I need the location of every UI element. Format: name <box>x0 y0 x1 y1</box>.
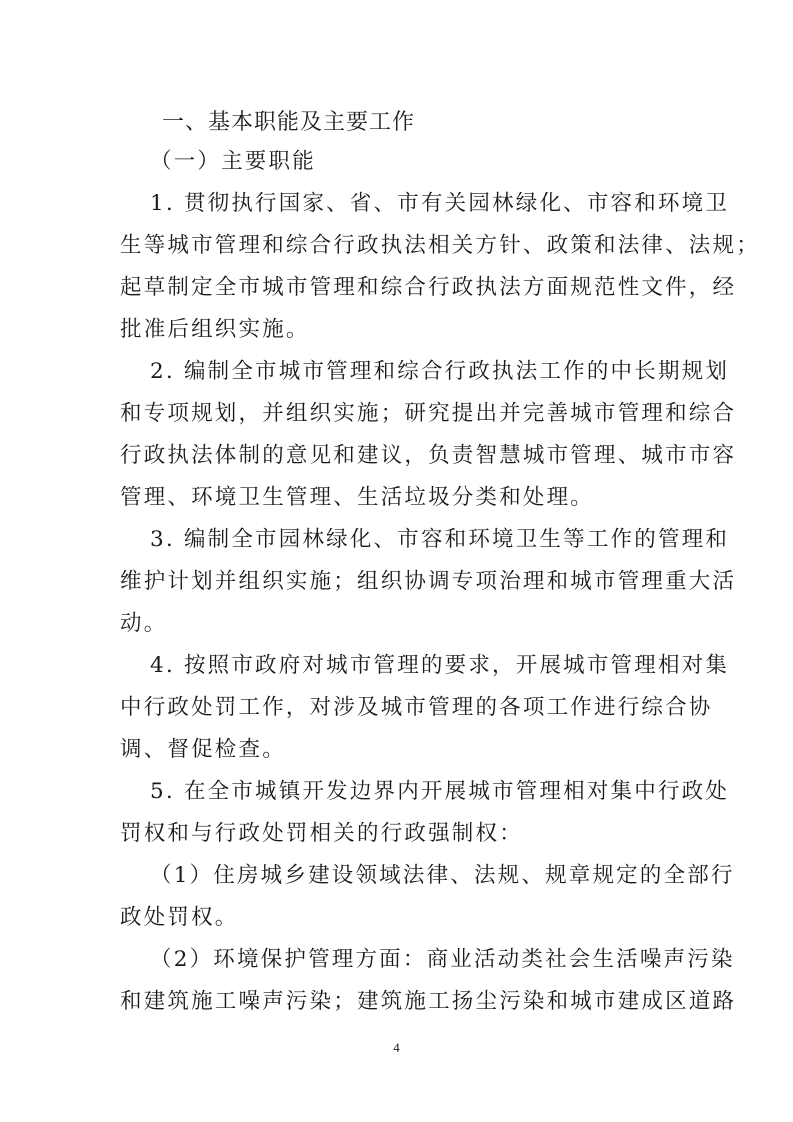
paragraph-line: 4. 按照市政府对城市管理的要求，开展城市管理相对集 <box>150 651 729 681</box>
paragraph-line: （2）环境保护管理方面：商业活动类社会生活噪声污染 <box>150 945 735 975</box>
paragraph-line: 起草制定全市城市管理和综合行政执法方面规范性文件，经 <box>120 273 736 303</box>
paragraph-line: 中行政处罚工作，对涉及城市管理的各项工作进行综合协 <box>120 693 713 723</box>
paragraph-line: 调、督促检查。 <box>120 735 286 765</box>
paragraph-line: 3. 编制全市园林绿化、市容和环境卫生等工作的管理和 <box>150 525 729 555</box>
section-heading: 一、基本职能及主要工作 <box>162 108 415 138</box>
paragraph-line: （1）住房城乡建设领域法律、法规、规章规定的全部行 <box>150 861 735 891</box>
paragraph-line: 管理、环境卫生管理、生活垃圾分类和处理。 <box>120 483 594 513</box>
paragraph-line: 维护计划并组织实施；组织协调专项治理和城市管理重大活 <box>120 567 736 597</box>
paragraph-line: 批准后组织实施。 <box>120 315 310 345</box>
paragraph-line: 1. 贯彻执行国家、省、市有关园林绿化、市容和环境卫 <box>150 189 729 219</box>
paragraph-line: 行政执法体制的意见和建议，负责智慧城市管理、城市市容 <box>120 441 736 471</box>
paragraph-line: 政处罚权。 <box>120 903 239 933</box>
page-number: 4 <box>0 1040 793 1056</box>
paragraph-line: 和建筑施工噪声污染；建筑施工扬尘污染和城市建成区道路 <box>120 987 736 1017</box>
paragraph-line: 5. 在全市城镇开发边界内开展城市管理相对集中行政处 <box>150 777 729 807</box>
paragraph-line: 罚权和与行政处罚相关的行政强制权： <box>120 819 523 849</box>
paragraph-line: 生等城市管理和综合行政执法相关方针、政策和法律、法规； <box>120 231 760 261</box>
paragraph-line: 2. 编制全市城市管理和综合行政执法工作的中长期规划 <box>150 357 729 387</box>
paragraph-line: 和专项规划，并组织实施；研究提出并完善城市管理和综合 <box>120 399 736 429</box>
paragraph-line: 动。 <box>120 609 167 639</box>
subsection-heading: （一）主要职能 <box>150 147 316 177</box>
